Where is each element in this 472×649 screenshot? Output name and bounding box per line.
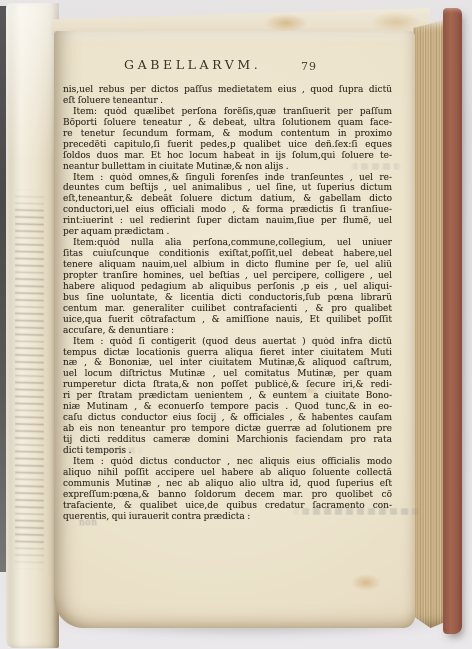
text-line: ri per ſtratam prædictam uenientem , & e… xyxy=(63,391,392,402)
text-line: niæ Mutinam , & econuerſo tempore pacis … xyxy=(63,402,392,413)
text-line: accuſare, & denuntiare : xyxy=(63,326,392,337)
page-number: 79 xyxy=(301,60,317,73)
bleed-through-text: non xyxy=(79,518,98,528)
page-stain xyxy=(351,574,381,591)
text-block: nis,uel rebus per dictos paſſus medietat… xyxy=(63,85,392,523)
text-line: Item : quòd dictus conductor , nec aliqu… xyxy=(63,457,392,468)
text-line: Item : quòd omnes,& ſinguli forenſes ind… xyxy=(63,173,392,184)
text-line: propter tranſire homines, uel beſtias , … xyxy=(63,271,392,282)
text-line: tempus dictæ locationis guerra aliqua fi… xyxy=(63,348,392,359)
bleed-through-marks xyxy=(350,163,402,170)
text-line: caſu dictus conductor eius ſocij , & off… xyxy=(63,413,392,424)
text-line: ab eis non teneantur pro tempore dictæ g… xyxy=(63,424,392,435)
text-line: per aquam prædictam . xyxy=(63,227,392,238)
text-line: re tenetur ſecundum formam, & modum cont… xyxy=(63,129,392,140)
text-line: nis,uel rebus per dictos paſſus medietat… xyxy=(63,85,392,96)
text-line: tenere aliquam nauim,uel albium in dicto… xyxy=(63,260,392,271)
book-page: GABELLARVM. 79 nis,uel rebus per dictos … xyxy=(54,31,415,628)
running-header: GABELLARVM. xyxy=(124,57,261,72)
text-line: eſt,teneantur,& debeãt ſoluere dictum da… xyxy=(63,194,392,205)
text-line: centum mar. generaliter cuilibet contraf… xyxy=(63,304,392,315)
text-line: eſt ſoluere teneantur . xyxy=(63,96,392,107)
text-line: Item:quòd nulla alia perſona,commune,col… xyxy=(63,238,392,249)
book-photo: GABELLARVM. 79 nis,uel rebus per dictos … xyxy=(0,0,472,649)
text-line: aliquo nihil poſſit accipere uel habere … xyxy=(63,468,392,479)
page-stain xyxy=(304,386,318,395)
text-line: rumperetur dicta ſtrata,& non poſſet pub… xyxy=(63,380,392,391)
text-line: uel locum diſtrictus Mutinæ , uel comita… xyxy=(63,369,392,380)
text-line: rint:iuerint : uel redierint ſuper dicta… xyxy=(63,216,392,227)
text-line: precedẽti capitulo,ſi fuerit pedes,p qua… xyxy=(63,140,392,151)
text-line: ſitas cuiuſcunque conditionis exiſtat,po… xyxy=(63,249,392,260)
fore-edge-page-stack xyxy=(413,20,445,628)
text-line: bus ſine uoluntate, & licentia dicti con… xyxy=(63,293,392,304)
text-line: habere aliquod pedagium ab aliquibus per… xyxy=(63,282,392,293)
text-line: conductori,uel eius officiali modo , & f… xyxy=(63,205,392,216)
text-line: uice,qua fuerit cõtrafactum , & amiſſion… xyxy=(63,315,392,326)
book-cover-edge xyxy=(443,8,462,634)
text-line: tij dicti redditus cameræ domini Marchio… xyxy=(63,435,392,446)
facing-page-text-fragments xyxy=(15,189,44,572)
text-line: Item: quòd quælibet perſona forẽſis,quæ … xyxy=(63,107,392,118)
text-line: communis Mutinæ , nec ab aliquo alio ult… xyxy=(63,479,392,490)
text-line: ſoldos duos mar. Et hoc locum habeat in … xyxy=(63,151,392,162)
text-line: expreſſum:pœna,& banno ſoldorum decem ma… xyxy=(63,490,392,501)
foxing-stain xyxy=(264,14,308,32)
bleed-through-marks xyxy=(291,508,423,515)
text-line: deuntes cum beſtijs , uel animalibus , u… xyxy=(63,183,392,194)
text-line: Bõporti ſoluere teneatur , & debeat, ult… xyxy=(63,118,392,129)
facing-page-edge xyxy=(6,3,59,648)
text-line: næ , & Bononiæ, uel inter ciuitatem Muti… xyxy=(63,358,392,369)
bleed-through-marks xyxy=(84,447,144,454)
text-line: neantur bullettam in ciuitate Mutinæ,& n… xyxy=(63,162,392,173)
text-line: Item : quòd ſi contigerit (quod deus aue… xyxy=(63,337,392,348)
